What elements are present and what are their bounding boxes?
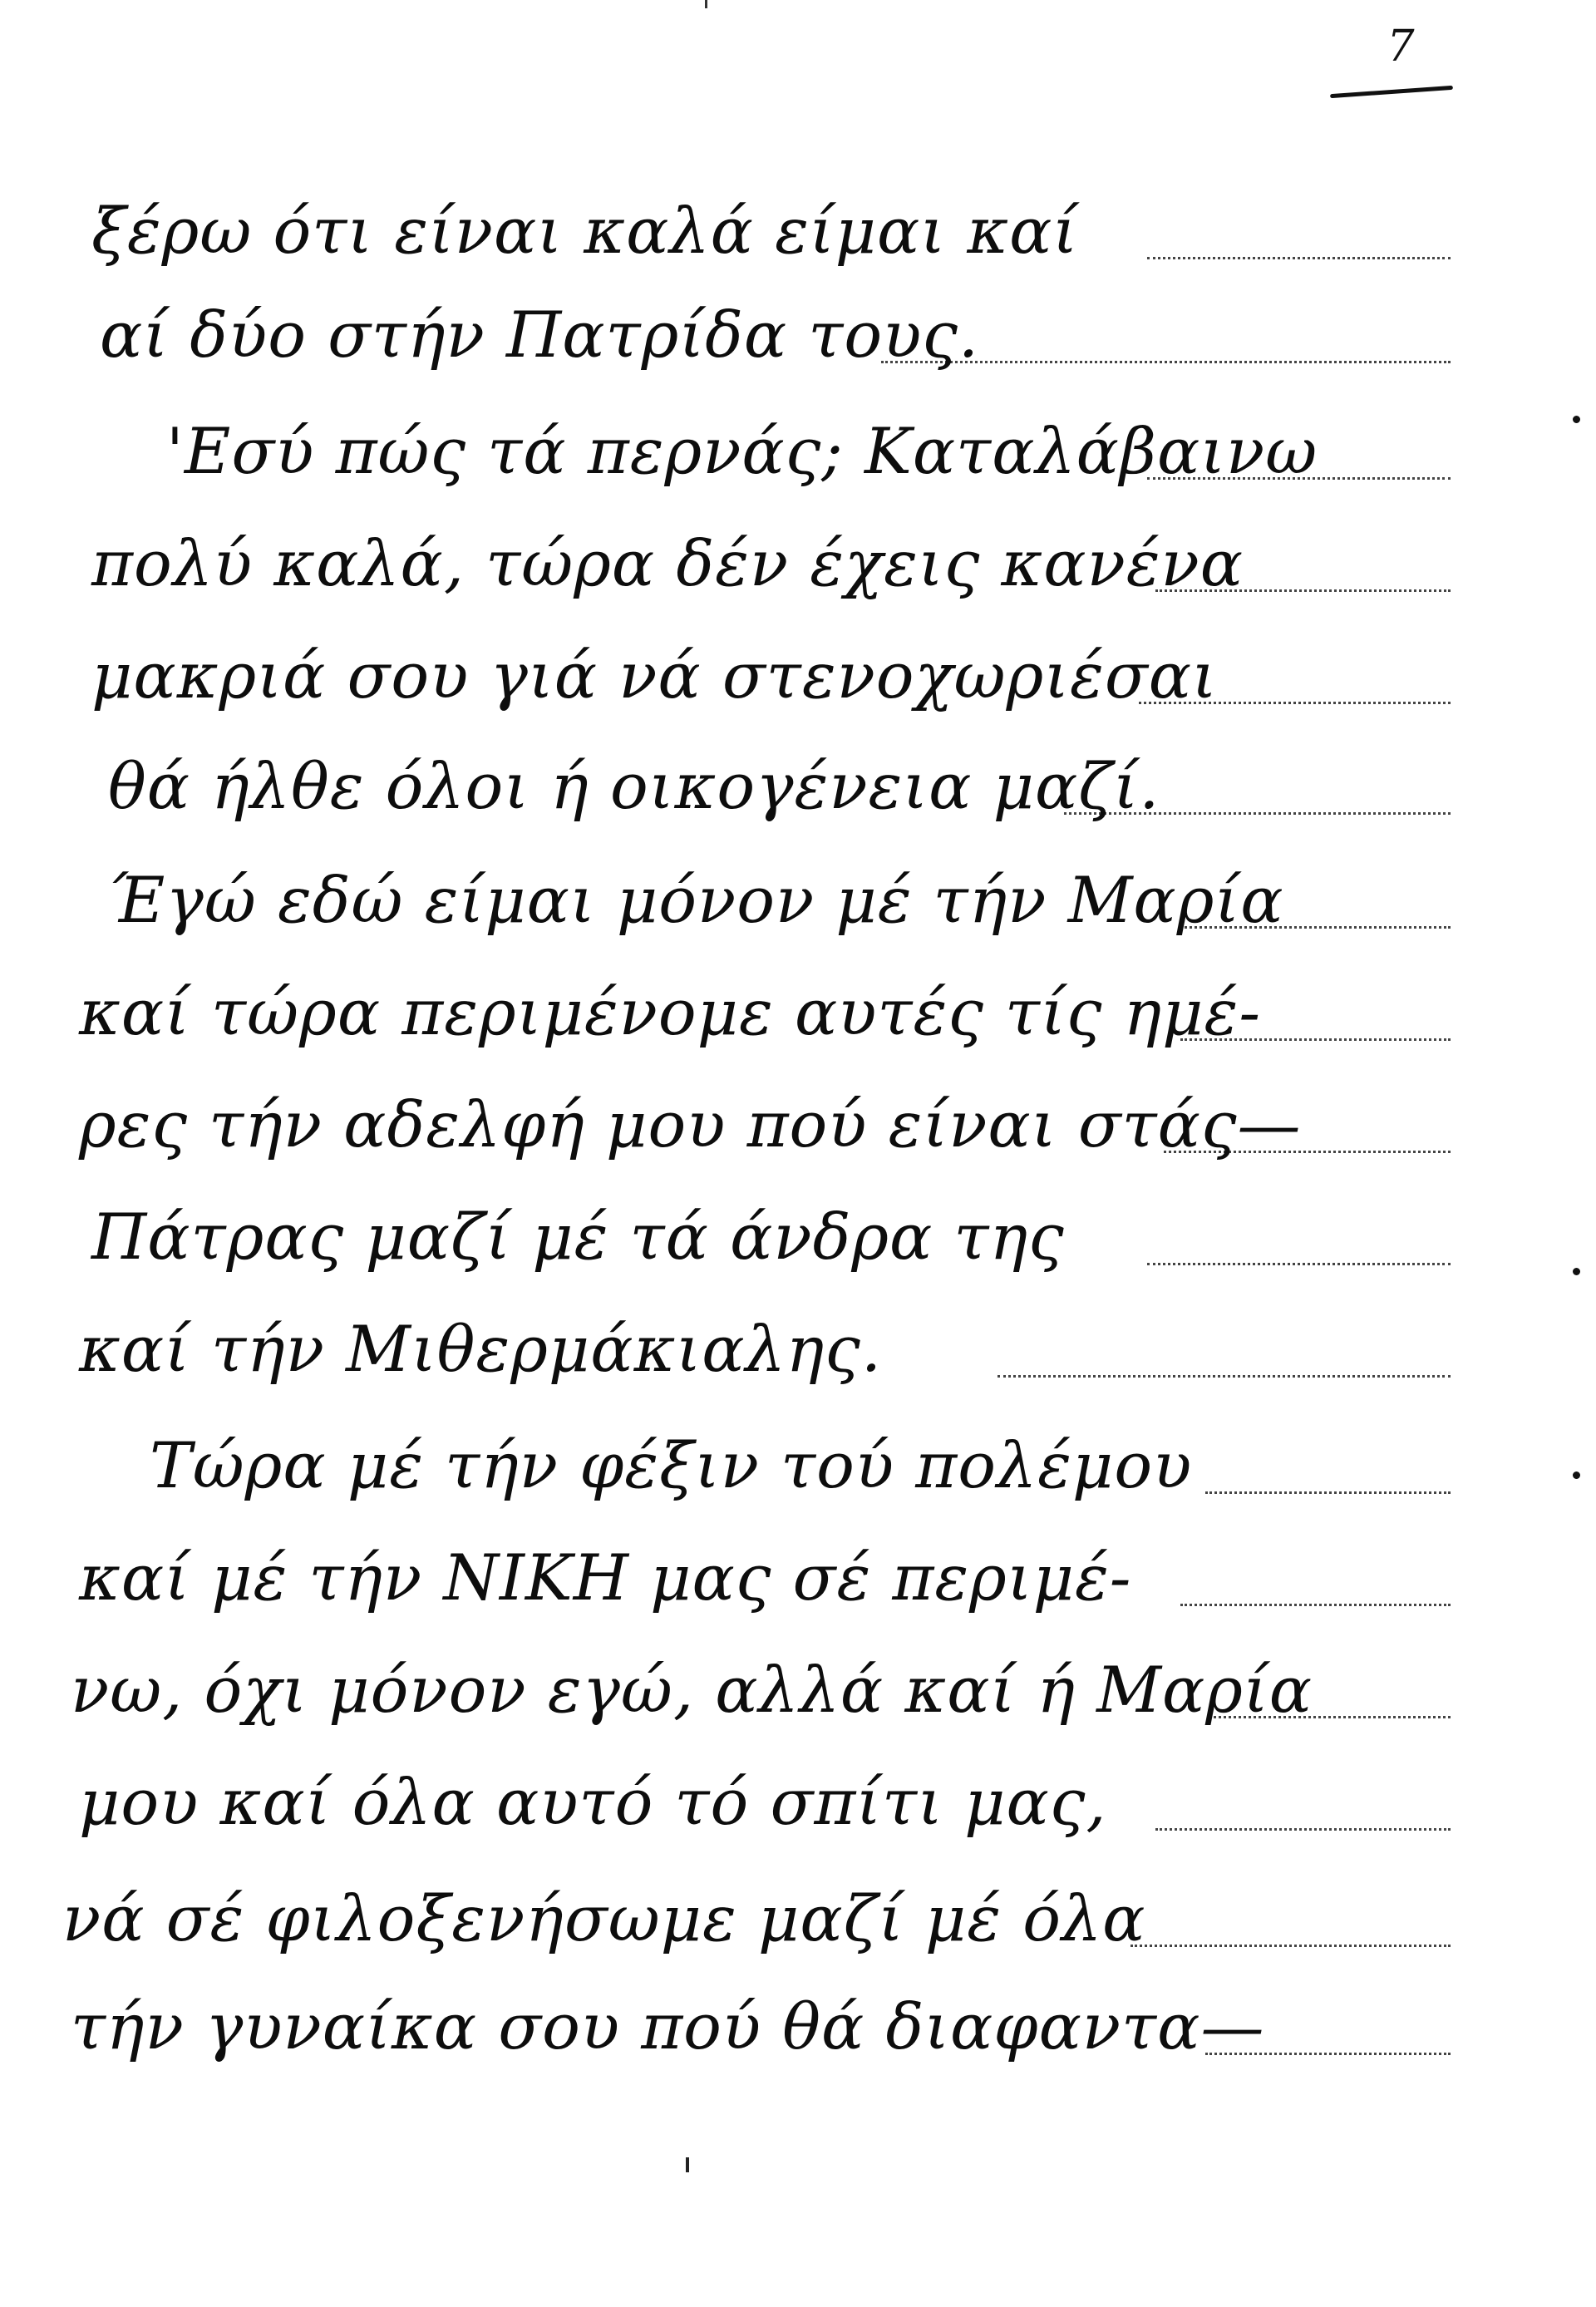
handwritten-line: 'Εσύ πώς τά περνάς; Καταλάβαινω [0, 395, 1596, 503]
line-text: νω, όχι μόνον εγώ, αλλά καί ή Μαρία [71, 1653, 1313, 1727]
handwritten-line: τήν γυναίκα σου πού θά διαφαντα— [0, 1970, 1596, 2078]
line-text: Τώρα μέ τήν φέξιν τού πολέμου [150, 1428, 1192, 1502]
handwritten-line: θά ήλθε όλοι ή οικογένεια μαζί. [0, 730, 1596, 838]
handwritten-line: νω, όχι μόνον εγώ, αλλά καί ή Μαρία [0, 1634, 1596, 1742]
page-number-underline [1330, 86, 1453, 98]
handwritten-line: ξέρω ότι είναι καλά είμαι καί [0, 175, 1596, 283]
handwritten-line: αί δύο στήν Πατρίδα τους. [0, 279, 1596, 387]
margin-dot [1573, 1268, 1580, 1275]
ruled-line [1147, 257, 1451, 259]
line-text: μου καί όλα αυτό τό σπίτι μας, [79, 1765, 1107, 1839]
line-text: μακριά σου γιά νά στενοχωριέσαι [91, 638, 1218, 712]
line-text: καί τήν Μιθερμάκιαλης. [79, 1312, 882, 1386]
line-text: πολύ καλά, τώρα δέν έχεις κανένα [91, 526, 1244, 600]
margin-dot [1573, 416, 1580, 423]
line-text: Πάτρας μαζί μέ τά άνδρα της [91, 1200, 1065, 1274]
handwritten-line: καί μέ τήν ΝΙΚΗ μας σέ περιμέ- [0, 1521, 1596, 1629]
ruled-line [1130, 1945, 1451, 1947]
page-number: 7 [1363, 25, 1438, 68]
ruled-line [1155, 1828, 1451, 1831]
line-text: καί μέ τήν ΝΙΚΗ μας σέ περιμέ- [79, 1540, 1131, 1614]
handwritten-line: Τώρα μέ τήν φέξιν τού πολέμου [0, 1409, 1596, 1517]
handwritten-line: καί τώρα περιμένομε αυτές τίς ημέ- [0, 956, 1596, 1064]
line-text: ρες τήν αδελφή μου πού είναι στάς— [79, 1087, 1302, 1161]
line-text: ξέρω ότι είναι καλά είμαι καί [91, 194, 1078, 268]
margin-dot [1573, 1471, 1580, 1479]
line-text: 'Εσύ πώς τά περνάς; Καταλάβαινω [166, 414, 1318, 488]
handwritten-line: μακριά σου γιά νά στενοχωριέσαι [0, 619, 1596, 727]
line-text: καί τώρα περιμένομε αυτές τίς ημέ- [79, 975, 1261, 1049]
scan-mark [705, 0, 707, 8]
letter-page: 7 ξέρω ότι είναι καλά είμαι καίαί δύο στ… [0, 0, 1596, 2307]
handwritten-line: Πάτρας μαζί μέ τά άνδρα της [0, 1181, 1596, 1289]
ruled-line [1147, 1263, 1451, 1265]
handwritten-line: καί τήν Μιθερμάκιαλης. [0, 1293, 1596, 1401]
line-text: αί δύο στήν Πατρίδα τους. [100, 298, 979, 372]
line-text: θά ήλθε όλοι ή οικογένεια μαζί. [108, 749, 1160, 823]
handwritten-line: πολύ καλά, τώρα δέν έχεις κανένα [0, 507, 1596, 615]
ruled-line [1180, 1604, 1451, 1606]
line-text: νά σέ φιλοξενήσωμε μαζί μέ όλα [62, 1881, 1145, 1955]
ruled-line [997, 1375, 1451, 1378]
handwritten-line: νά σέ φιλοξενήσωμε μαζί μέ όλα [0, 1862, 1596, 1970]
handwritten-line: Έγώ εδώ είμαι μόνον μέ τήν Μαρία [0, 844, 1596, 952]
handwritten-line: ρες τήν αδελφή μου πού είναι στάς— [0, 1068, 1596, 1176]
line-text: τήν γυναίκα σου πού θά διαφαντα— [71, 1989, 1264, 2063]
stray-mark [686, 2157, 689, 2172]
ruled-line [1205, 1491, 1451, 1494]
handwritten-line: μου καί όλα αυτό τό σπίτι μας, [0, 1746, 1596, 1854]
line-text: Έγώ εδώ είμαι μόνον μέ τήν Μαρία [108, 863, 1284, 937]
